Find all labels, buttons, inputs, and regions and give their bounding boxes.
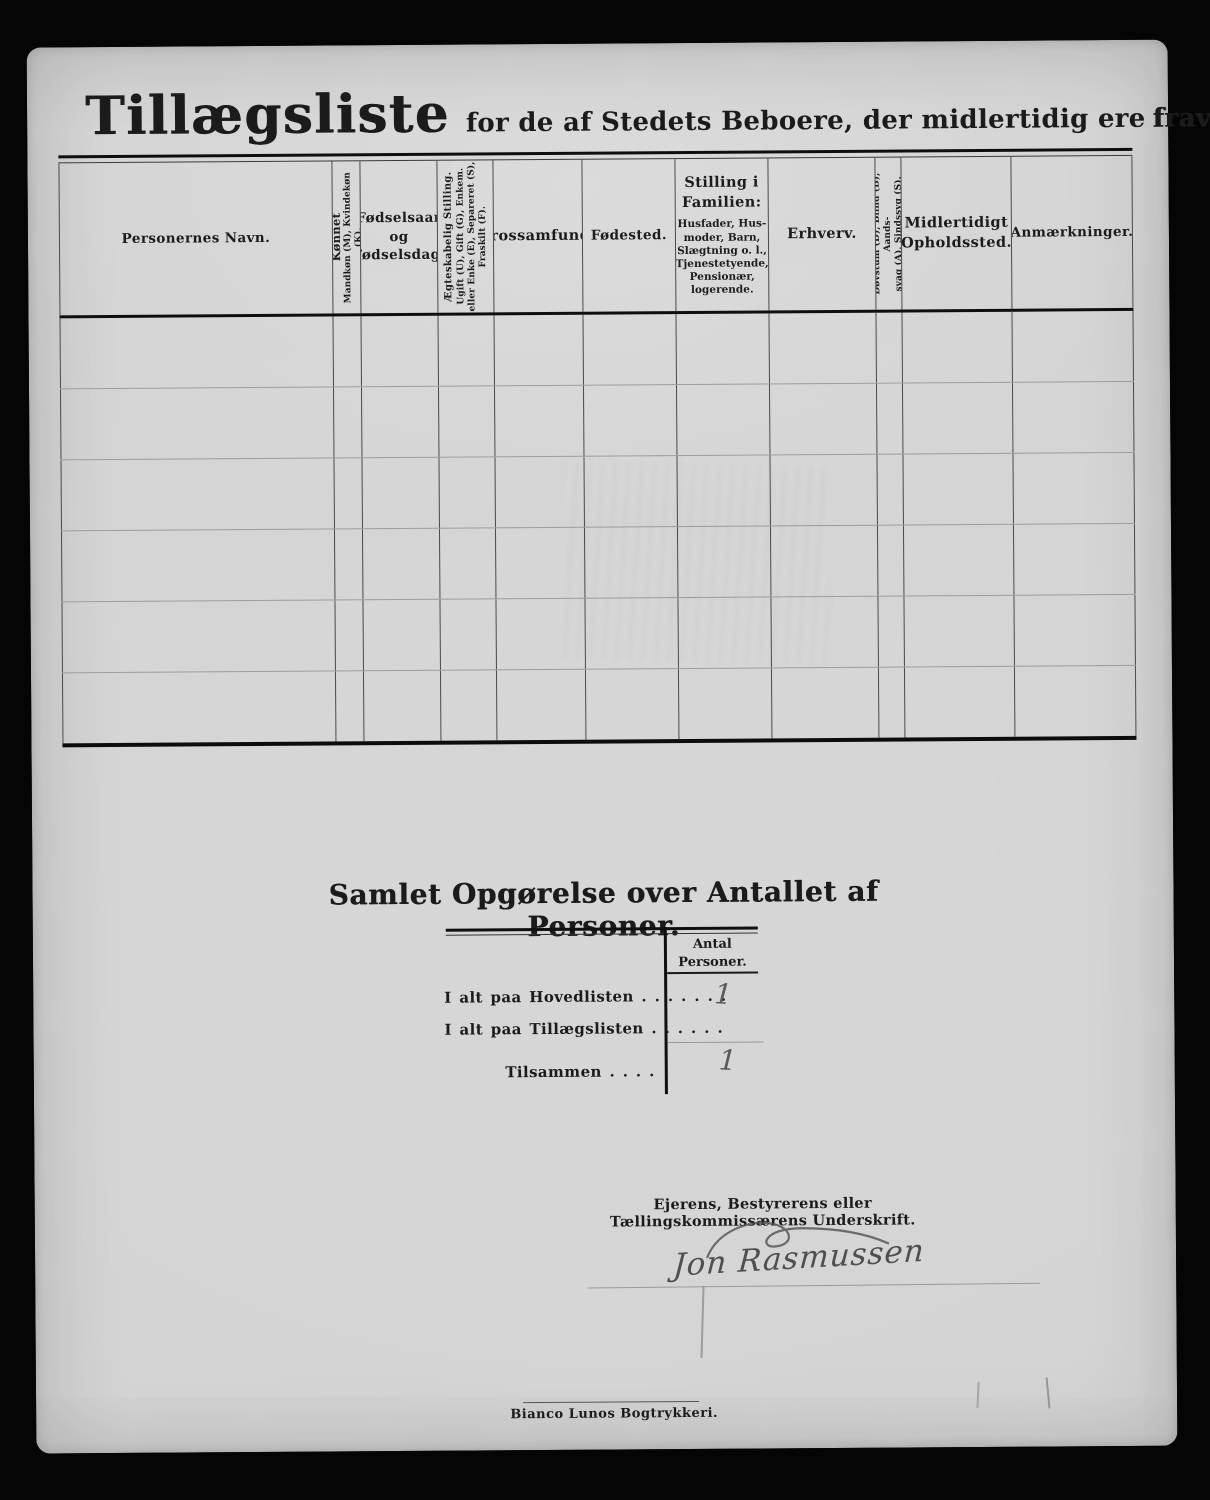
table-cell <box>877 454 903 524</box>
table-cell <box>361 316 438 387</box>
table-cell <box>364 671 441 742</box>
table-cell <box>877 383 903 453</box>
table-cell <box>440 599 496 669</box>
table-cell <box>60 316 334 388</box>
table-cell <box>769 313 876 384</box>
col-header-anmaerkninger: Anmærkninger. <box>1011 156 1133 309</box>
table-row <box>60 382 1134 460</box>
title-subtitle: for de af Stedets Beboere, der midlertid… <box>466 104 1146 139</box>
col-header-foedselsaar: Fødselsaar og Fødselsdag. <box>360 161 438 314</box>
table-cell <box>902 312 1012 383</box>
col-header-foedested: Fødested. <box>582 159 676 312</box>
table-cell <box>903 383 1013 454</box>
table-cell <box>441 670 497 740</box>
col-header-aegteskabelig-stilling: Ægteskabelig Stilling. Ugift (U), Gift (… <box>437 160 494 312</box>
table-cell <box>333 316 361 386</box>
table-cell <box>438 315 494 385</box>
summary-header-rule <box>667 972 758 975</box>
vertical-header-text: Døvstum (D), Blind (B), Aands- svag (A),… <box>875 157 902 309</box>
col-header-trossamfund: Trossamfund. <box>493 160 583 313</box>
summary-col-header: Antal Personer. <box>667 936 758 972</box>
title-subtitle-emphasis: fraværende. <box>1153 102 1210 133</box>
table-cell <box>584 385 677 456</box>
table-cell <box>494 315 583 386</box>
col-header-doevstum-blind: Døvstum (D), Blind (B), Aands- svag (A),… <box>875 157 902 309</box>
table-cell <box>60 387 334 459</box>
table-cell <box>61 529 335 601</box>
table-cell <box>772 668 879 739</box>
summary-row-tilsammen: Tilsammen . . . . <box>425 1062 655 1082</box>
table-row <box>62 666 1136 743</box>
table-cell <box>495 386 584 457</box>
table-cell <box>904 596 1014 667</box>
imprint-rule <box>523 1401 699 1403</box>
table-cell <box>677 384 770 455</box>
table-cell <box>62 671 336 743</box>
table-cell <box>334 458 362 528</box>
table-cell <box>440 528 496 598</box>
table-cell <box>61 600 335 672</box>
col-header-personernes-navn: Personernes Navn. <box>58 161 333 315</box>
table-cell <box>904 525 1014 596</box>
table-cell <box>770 384 877 455</box>
table-cell <box>335 600 363 670</box>
page-title: Tillægslistefor de af Stedets Beboere, d… <box>85 78 1135 147</box>
pencil-mark <box>1046 1377 1051 1408</box>
scanned-page: Tillægslistefor de af Stedets Beboere, d… <box>0 0 1210 1500</box>
summary-value-hovedlisten: 1 <box>692 979 754 1011</box>
table-cell <box>1013 453 1134 524</box>
summary-row-tillaegslisten: I alt paa Tillægslisten . . . . . . <box>444 1019 723 1039</box>
table-cell <box>878 596 904 666</box>
signature-baseline <box>588 1283 1040 1289</box>
signature-descender-stroke <box>701 1286 705 1358</box>
summary-row-hovedlisten: I alt paa Hovedlisten . . . . . . . <box>444 987 726 1007</box>
ink-bleedthrough-smudge <box>557 459 832 666</box>
title-main: Tillægsliste <box>85 83 450 148</box>
table-cell <box>362 458 439 529</box>
table-cell <box>60 458 334 530</box>
col-header-koennet: Kønnet Mandkøn (M), Kvindekøn (K). <box>332 161 361 313</box>
table-cell <box>878 525 904 595</box>
table-cell <box>362 387 439 458</box>
col-header-stilling-i-familien: Stilling i Familien: Husfader, Hus- mode… <box>675 158 769 311</box>
printer-imprint: Bianco Lunos Bogtrykkeri. <box>499 1406 729 1423</box>
table-cell <box>876 312 902 382</box>
summary-table: Antal Personer. I alt paa Hovedlisten . … <box>27 40 1168 48</box>
table-cell <box>1014 524 1135 595</box>
table-cell <box>676 313 769 384</box>
vertical-header-text: Kønnet Mandkøn (M), Kvindekøn (K). <box>332 161 361 313</box>
table-cell <box>1014 595 1135 666</box>
table-cell <box>439 457 495 527</box>
census-form-paper: Tillægslistefor de af Stedets Beboere, d… <box>27 40 1178 1454</box>
table-header-row: Personernes Navn. Kønnet Mandkøn (M), Kv… <box>58 156 1133 318</box>
table-cell <box>363 529 440 600</box>
table-cell <box>905 667 1015 738</box>
summary-value-tilsammen: 1 <box>697 1045 758 1076</box>
table-cell <box>439 386 495 456</box>
table-cell <box>879 667 905 737</box>
vertical-header-text: Ægteskabelig Stilling. Ugift (U), Gift (… <box>441 161 489 311</box>
table-cell <box>679 668 772 739</box>
table-cell <box>903 454 1013 525</box>
table-row <box>60 311 1134 389</box>
table-cell <box>497 670 586 741</box>
table-cell <box>363 600 440 671</box>
col-header-midlertidigt-opholdssted: Midlertidigt Opholdssted. <box>901 157 1012 310</box>
table-cell <box>586 669 679 740</box>
table-cell <box>583 314 676 385</box>
table-cell <box>1013 382 1134 453</box>
table-cell <box>1012 311 1133 382</box>
table-cell <box>1015 666 1136 737</box>
col-header-erhverv: Erhverv. <box>768 158 876 311</box>
table-cell <box>334 387 362 457</box>
pencil-mark <box>976 1382 979 1408</box>
table-cell <box>335 529 363 599</box>
table-cell <box>336 671 364 741</box>
summary-faint-rule <box>668 1041 764 1043</box>
